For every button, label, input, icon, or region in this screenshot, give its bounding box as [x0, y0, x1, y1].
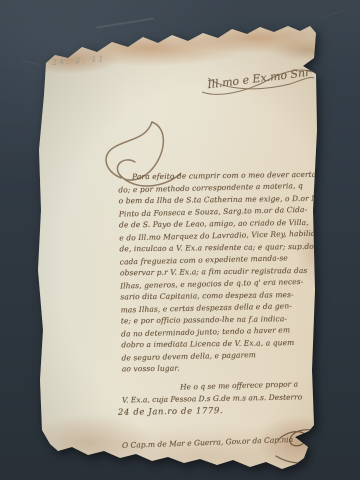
manuscript-photo: 24. 2. 11 Ill.mo e Ex.mo Snr Para efeito… [0, 0, 360, 480]
archival-pencil-note: 24. 2. 11 [52, 54, 106, 67]
body-text: Para efeito de cumprir com o meo dever a… [118, 168, 322, 376]
signature-flourish [274, 424, 336, 474]
date-line: 24 de Jan.ro de 1779. [118, 406, 224, 418]
paper-sheet-wrapper: 24. 2. 11 Ill.mo e Ex.mo Snr Para efeito… [0, 0, 360, 480]
paper-sheet: 24. 2. 11 Ill.mo e Ex.mo Snr Para efeito… [0, 0, 360, 480]
closing-line: V. Ex.a, cuja Pessoa D.s G.de m.s an.s. … [122, 392, 302, 404]
addressee-line: O Cap.m de Mar e Guerra, Gov.or da Cap.n… [122, 435, 293, 450]
closing-line: He o q se me offerece propor a [180, 379, 298, 391]
body-line: ao vosso lugar. [122, 361, 322, 376]
